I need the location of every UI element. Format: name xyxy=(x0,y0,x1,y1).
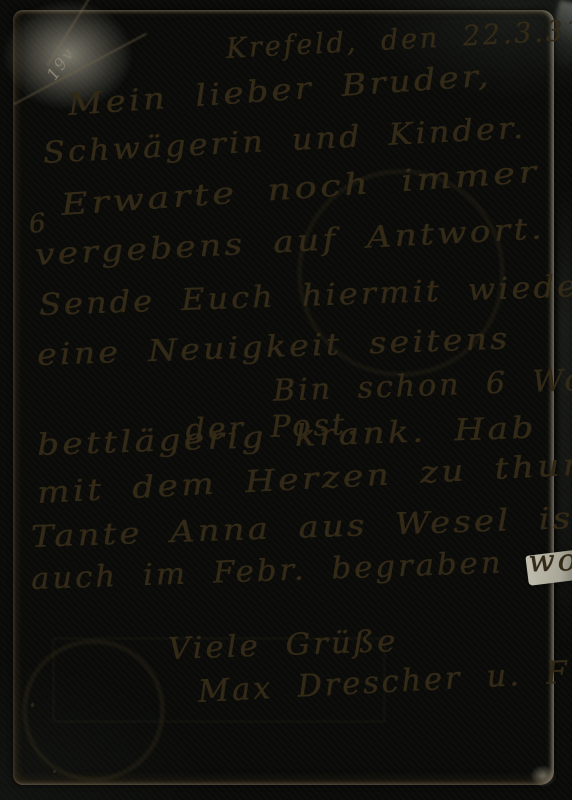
scan-background: 19v Krefeld, den 22.3.31. Mein lieber Br… xyxy=(0,0,572,800)
corner-wear xyxy=(530,765,556,787)
stray-numeral: 6 xyxy=(27,208,50,241)
dateline: Krefeld, den 22.3.31. xyxy=(225,13,572,66)
ink-speck xyxy=(31,703,34,707)
postcard: 19v Krefeld, den 22.3.31. Mein lieber Br… xyxy=(13,10,554,785)
ink-speck xyxy=(53,770,56,773)
